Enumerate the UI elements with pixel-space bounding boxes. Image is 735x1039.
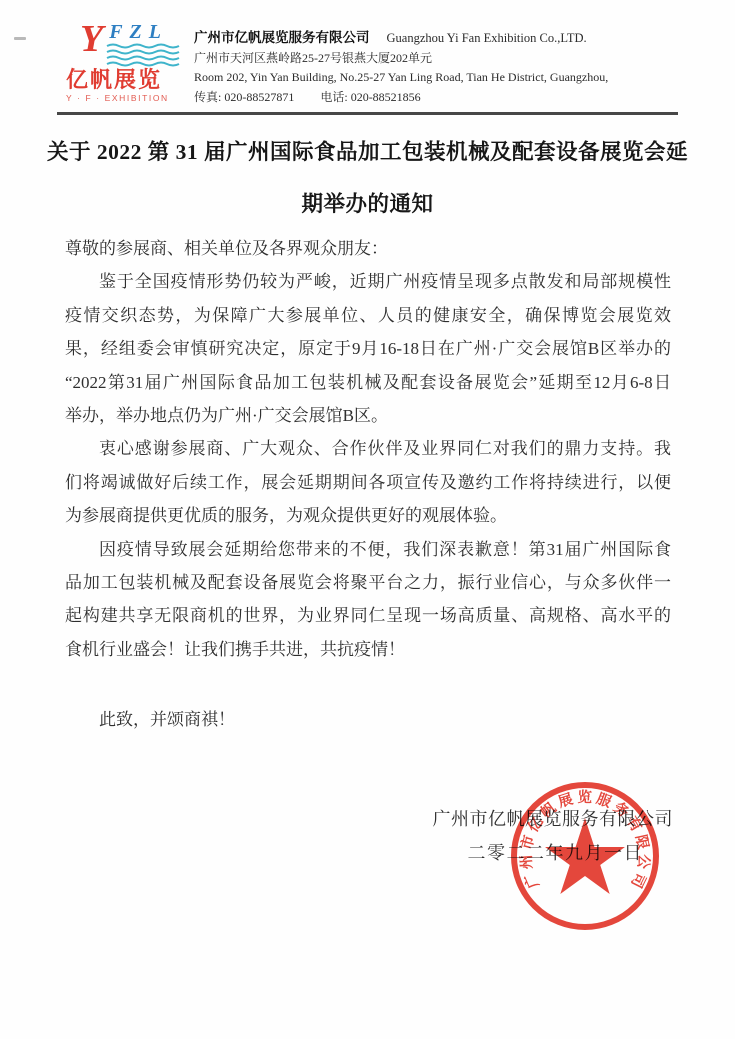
logo-fzl-letters: FZL [105, 22, 183, 42]
contact-line: 传真: 020-88527871电话: 020-88521856 [194, 88, 608, 108]
logo-mark: Y FZL [66, 22, 184, 67]
tel-label: 电话: [320, 90, 350, 104]
paragraph-line: 食机行业盛会！让我们携手共进，共抗疫情！ [65, 633, 671, 666]
tel-number: 020-88521856 [351, 90, 421, 104]
paragraph-line: 起构建共享无限商机的世界，为业界同仁呈现一场高质量、高规格、高水平的 [65, 599, 671, 632]
logo-y-letter: Y [80, 22, 103, 56]
signature-date: 二零二二年九月一日 [433, 836, 674, 870]
paragraph-line: 举办，举办地点仍为广州·广交会展馆B区。 [65, 399, 671, 432]
paragraph-line: 为参展商提供更优质的服务，为观众提供更好的观展体验。 [65, 499, 671, 532]
signature-company: 广州市亿帆展览服务有限公司 [433, 802, 674, 836]
document-page: Y FZL 亿帆展览 Y · F · EXHIBITION [0, 0, 735, 1039]
scan-artifact [14, 37, 26, 40]
closing-line: 此致，并颂商祺！ [65, 703, 671, 736]
paragraph-line: 因疫情导致展会延期给您带来的不便，我们深表歉意！第31届广州国际食 [65, 533, 671, 566]
letterhead: Y FZL 亿帆展览 Y · F · EXHIBITION [66, 22, 677, 107]
title-line-1: 关于 2022 第 31 届广州国际食品加工包装机械及配套设备展览会延 [40, 126, 695, 178]
company-name-cn: 广州市亿帆展览服务有限公司 [194, 30, 370, 45]
fax-label: 传真: [194, 90, 224, 104]
company-name-line: 广州市亿帆展览服务有限公司 Guangzhou Yi Fan Exhibitio… [194, 28, 608, 49]
paragraph-line: 衷心感谢参展商、广大观众、合作伙伴及业界同仁对我们的鼎力支持。我 [65, 432, 671, 465]
letterhead-text: 广州市亿帆展览服务有限公司 Guangzhou Yi Fan Exhibitio… [194, 22, 608, 107]
paragraph-line: 品加工包装机械及配套设备展览会将聚平台之力，振行业信心，与众多伙伴一 [65, 566, 671, 599]
waves-icon [105, 43, 183, 67]
paragraphs: 鉴于全国疫情形势仍较为严峻，近期广州疫情呈现多点散发和局部规模性疫情交织态势，为… [65, 265, 671, 666]
title-line-2: 期举办的通知 [40, 178, 695, 230]
paragraph-line: 果，经组委会审慎研究决定，原定于9月16-18日在广州·广交会展馆B区举办的 [65, 332, 671, 365]
letterhead-divider [57, 112, 678, 115]
greeting-line: 尊敬的参展商、相关单位及各界观众朋友： [65, 232, 671, 265]
company-name-en: Guangzhou Yi Fan Exhibition Co.,LTD. [387, 31, 587, 45]
fax-number: 020-88527871 [224, 90, 294, 104]
document-title: 关于 2022 第 31 届广州国际食品加工包装机械及配套设备展览会延 期举办的… [40, 126, 695, 230]
paragraph-line: 鉴于全国疫情形势仍较为严峻，近期广州疫情呈现多点散发和局部规模性 [65, 265, 671, 298]
company-logo: Y FZL 亿帆展览 Y · F · EXHIBITION [66, 22, 184, 103]
address-en: Room 202, Yin Yan Building, No.25-27 Yan… [194, 68, 608, 88]
paragraph-line: 们将竭诚做好后续工作，展会延期期间各项宣传及邀约工作将持续进行，以便 [65, 466, 671, 499]
paragraph-line: 疫情交织态势，为保障广大参展单位、人员的健康安全，确保博览会展览效 [65, 299, 671, 332]
logo-english-name: Y · F · EXHIBITION [66, 94, 184, 103]
signature-block: 广州市亿帆展览服务有限公司 二零二二年九月一日 [433, 802, 674, 870]
address-cn: 广州市天河区燕岭路25-27号银燕大厦202单元 [194, 49, 608, 69]
paragraph-line: “2022第31届广州国际食品加工包装机械及配套设备展览会”延期至12月6-8日 [65, 366, 671, 399]
logo-chinese-name: 亿帆展览 [66, 69, 184, 91]
letter-body: 尊敬的参展商、相关单位及各界观众朋友： 鉴于全国疫情形势仍较为严峻，近期广州疫情… [65, 232, 671, 737]
